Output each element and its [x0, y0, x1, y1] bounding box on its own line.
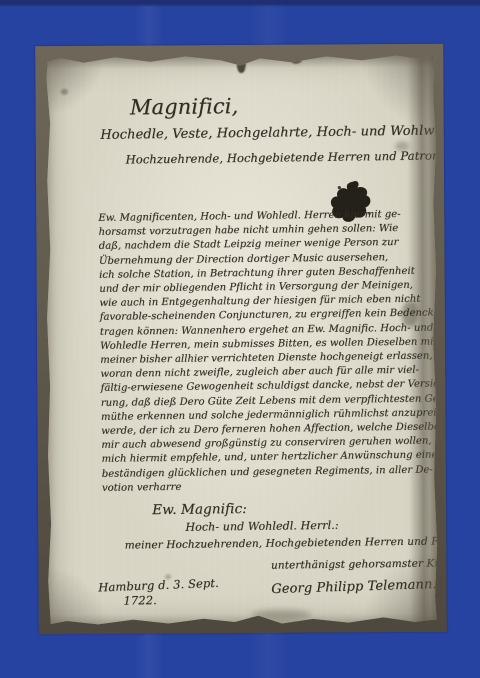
- signature: Georg Philipp Telemann.: [271, 577, 437, 597]
- blue-mount-background: Magnifici, Hochedle, Veste, Hochgelahrte…: [0, 0, 480, 678]
- letter-body: Ew. Magnificenten, Hoch- und Wohledl. He…: [98, 207, 456, 496]
- dateline-year: 1722.: [123, 593, 157, 607]
- salutation-line: Hochzuehrende, Hochgebietende Herren und…: [126, 148, 459, 166]
- dateline-place: Hamburg d. 3. Sept.: [98, 576, 219, 595]
- salutation-line: Magnifici,: [130, 94, 239, 119]
- letter-paper: Magnifici, Hochedle, Veste, Hochgelahrte…: [45, 53, 438, 627]
- handwritten-letter-text: Magnifici, Hochedle, Veste, Hochgelahrte…: [42, 51, 440, 628]
- closing-line: Hoch- und Wohledl. Herrl.:: [185, 519, 338, 534]
- salutation-line: Hochedle, Veste, Hochgelahrte, Hoch- und…: [100, 123, 465, 143]
- closing-line: Ew. Magnific:: [152, 501, 247, 518]
- closing-line: meiner Hochzuehrenden, Hochgebietenden H…: [125, 535, 480, 552]
